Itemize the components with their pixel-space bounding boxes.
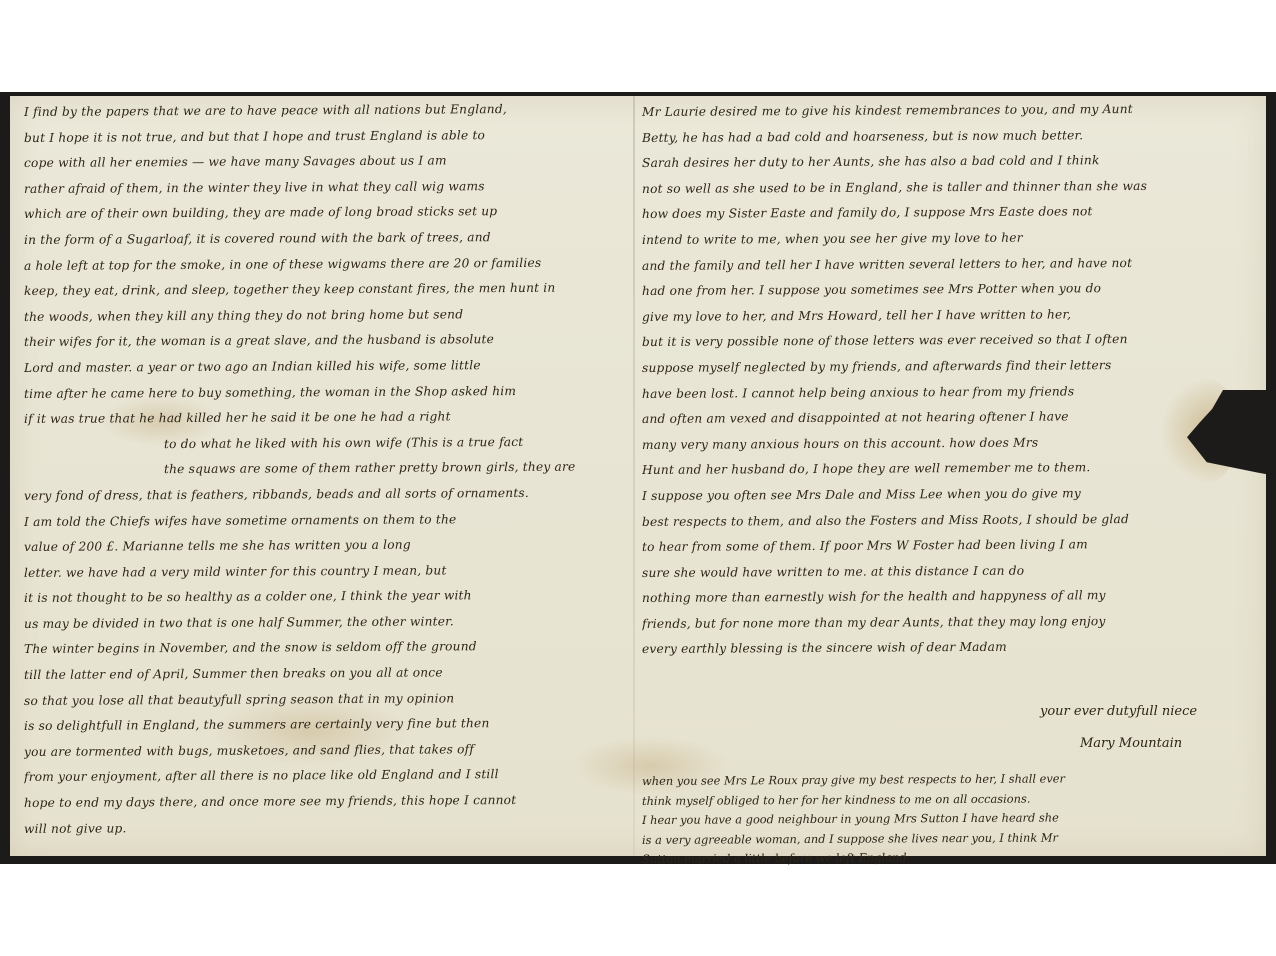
text-line: if it was true that he had killed her he… <box>24 403 624 432</box>
text-line: have been lost. I cannot help being anxi… <box>642 378 1242 407</box>
text-line: The winter begins in November, and the s… <box>24 634 624 663</box>
text-line: I am told the Chiefs wifes have sometime… <box>24 506 624 535</box>
text-line: is so delightfull in England, the summer… <box>24 711 624 740</box>
postscript-text: when you see Mrs Le Roux pray give my be… <box>642 772 1242 870</box>
left-column-text: I find by the papers that we are to have… <box>24 100 624 842</box>
text-line: and often am vexed and disappointed at n… <box>642 403 1242 432</box>
text-line: but I hope it is not true, and but that … <box>24 122 624 151</box>
letter-paper: I find by the papers that we are to have… <box>10 96 1266 856</box>
text-line: intend to write to me, when you see her … <box>642 224 1242 253</box>
text-line: cope with all her enemies — we have many… <box>24 148 624 177</box>
right-column-text: Mr Laurie desired me to give his kindest… <box>642 100 1242 663</box>
text-line: Betty, he has had a bad cold and hoarsen… <box>642 122 1242 151</box>
valediction: your ever dutyfull niece <box>1040 704 1197 719</box>
text-line: nothing more than earnestly wish for the… <box>642 583 1242 612</box>
text-line: Sarah desires her duty to her Aunts, she… <box>642 148 1242 177</box>
text-line: from your enjoyment, after all there is … <box>24 762 624 791</box>
text-line: in the form of a Sugarloaf, it is covere… <box>24 224 624 253</box>
text-line: and the family and tell her I have writt… <box>642 250 1242 279</box>
text-line: time after he came here to buy something… <box>24 378 624 407</box>
text-line: it is not thought to be so healthy as a … <box>24 583 624 612</box>
text-line: Hunt and her husband do, I hope they are… <box>642 455 1242 484</box>
text-line: I suppose you often see Mrs Dale and Mis… <box>642 480 1242 509</box>
text-line: value of 200 £. Marianne tells me she ha… <box>24 531 624 560</box>
text-line: to hear from some of them. If poor Mrs W… <box>642 531 1242 560</box>
text-line: suppose myself neglected by my friends, … <box>642 352 1242 381</box>
text-line: a hole left at top for the smoke, in one… <box>24 250 624 279</box>
text-line: had one from her. I suppose you sometime… <box>642 275 1242 304</box>
text-line: keep, they eat, drink, and sleep, togeth… <box>24 275 624 304</box>
text-line: I find by the papers that we are to have… <box>24 96 624 125</box>
text-line: how does my Sister Easte and family do, … <box>642 199 1242 228</box>
text-line: the squaws are some of them rather prett… <box>24 455 624 484</box>
text-line: best respects to them, and also the Fost… <box>642 506 1242 535</box>
text-line: but it is very possible none of those le… <box>642 327 1242 356</box>
text-line: which are of their own building, they ar… <box>24 199 624 228</box>
signature: Mary Mountain <box>1080 736 1182 751</box>
text-line: will not give up. <box>24 813 624 842</box>
text-line: every earthly blessing is the sincere wi… <box>642 634 1242 663</box>
text-line: Mr Laurie desired me to give his kindest… <box>642 96 1242 125</box>
text-line: hope to end my days there, and once more… <box>24 787 624 816</box>
text-line: their wifes for it, the woman is a great… <box>24 327 624 356</box>
text-line: very fond of dress, that is feathers, ri… <box>24 480 624 509</box>
text-line: Sutton married a little before we left E… <box>642 846 1242 869</box>
text-line: so that you lose all that beautyfull spr… <box>24 685 624 714</box>
text-line: Lord and master. a year or two ago an In… <box>24 352 624 381</box>
text-line: till the latter end of April, Summer the… <box>24 659 624 688</box>
